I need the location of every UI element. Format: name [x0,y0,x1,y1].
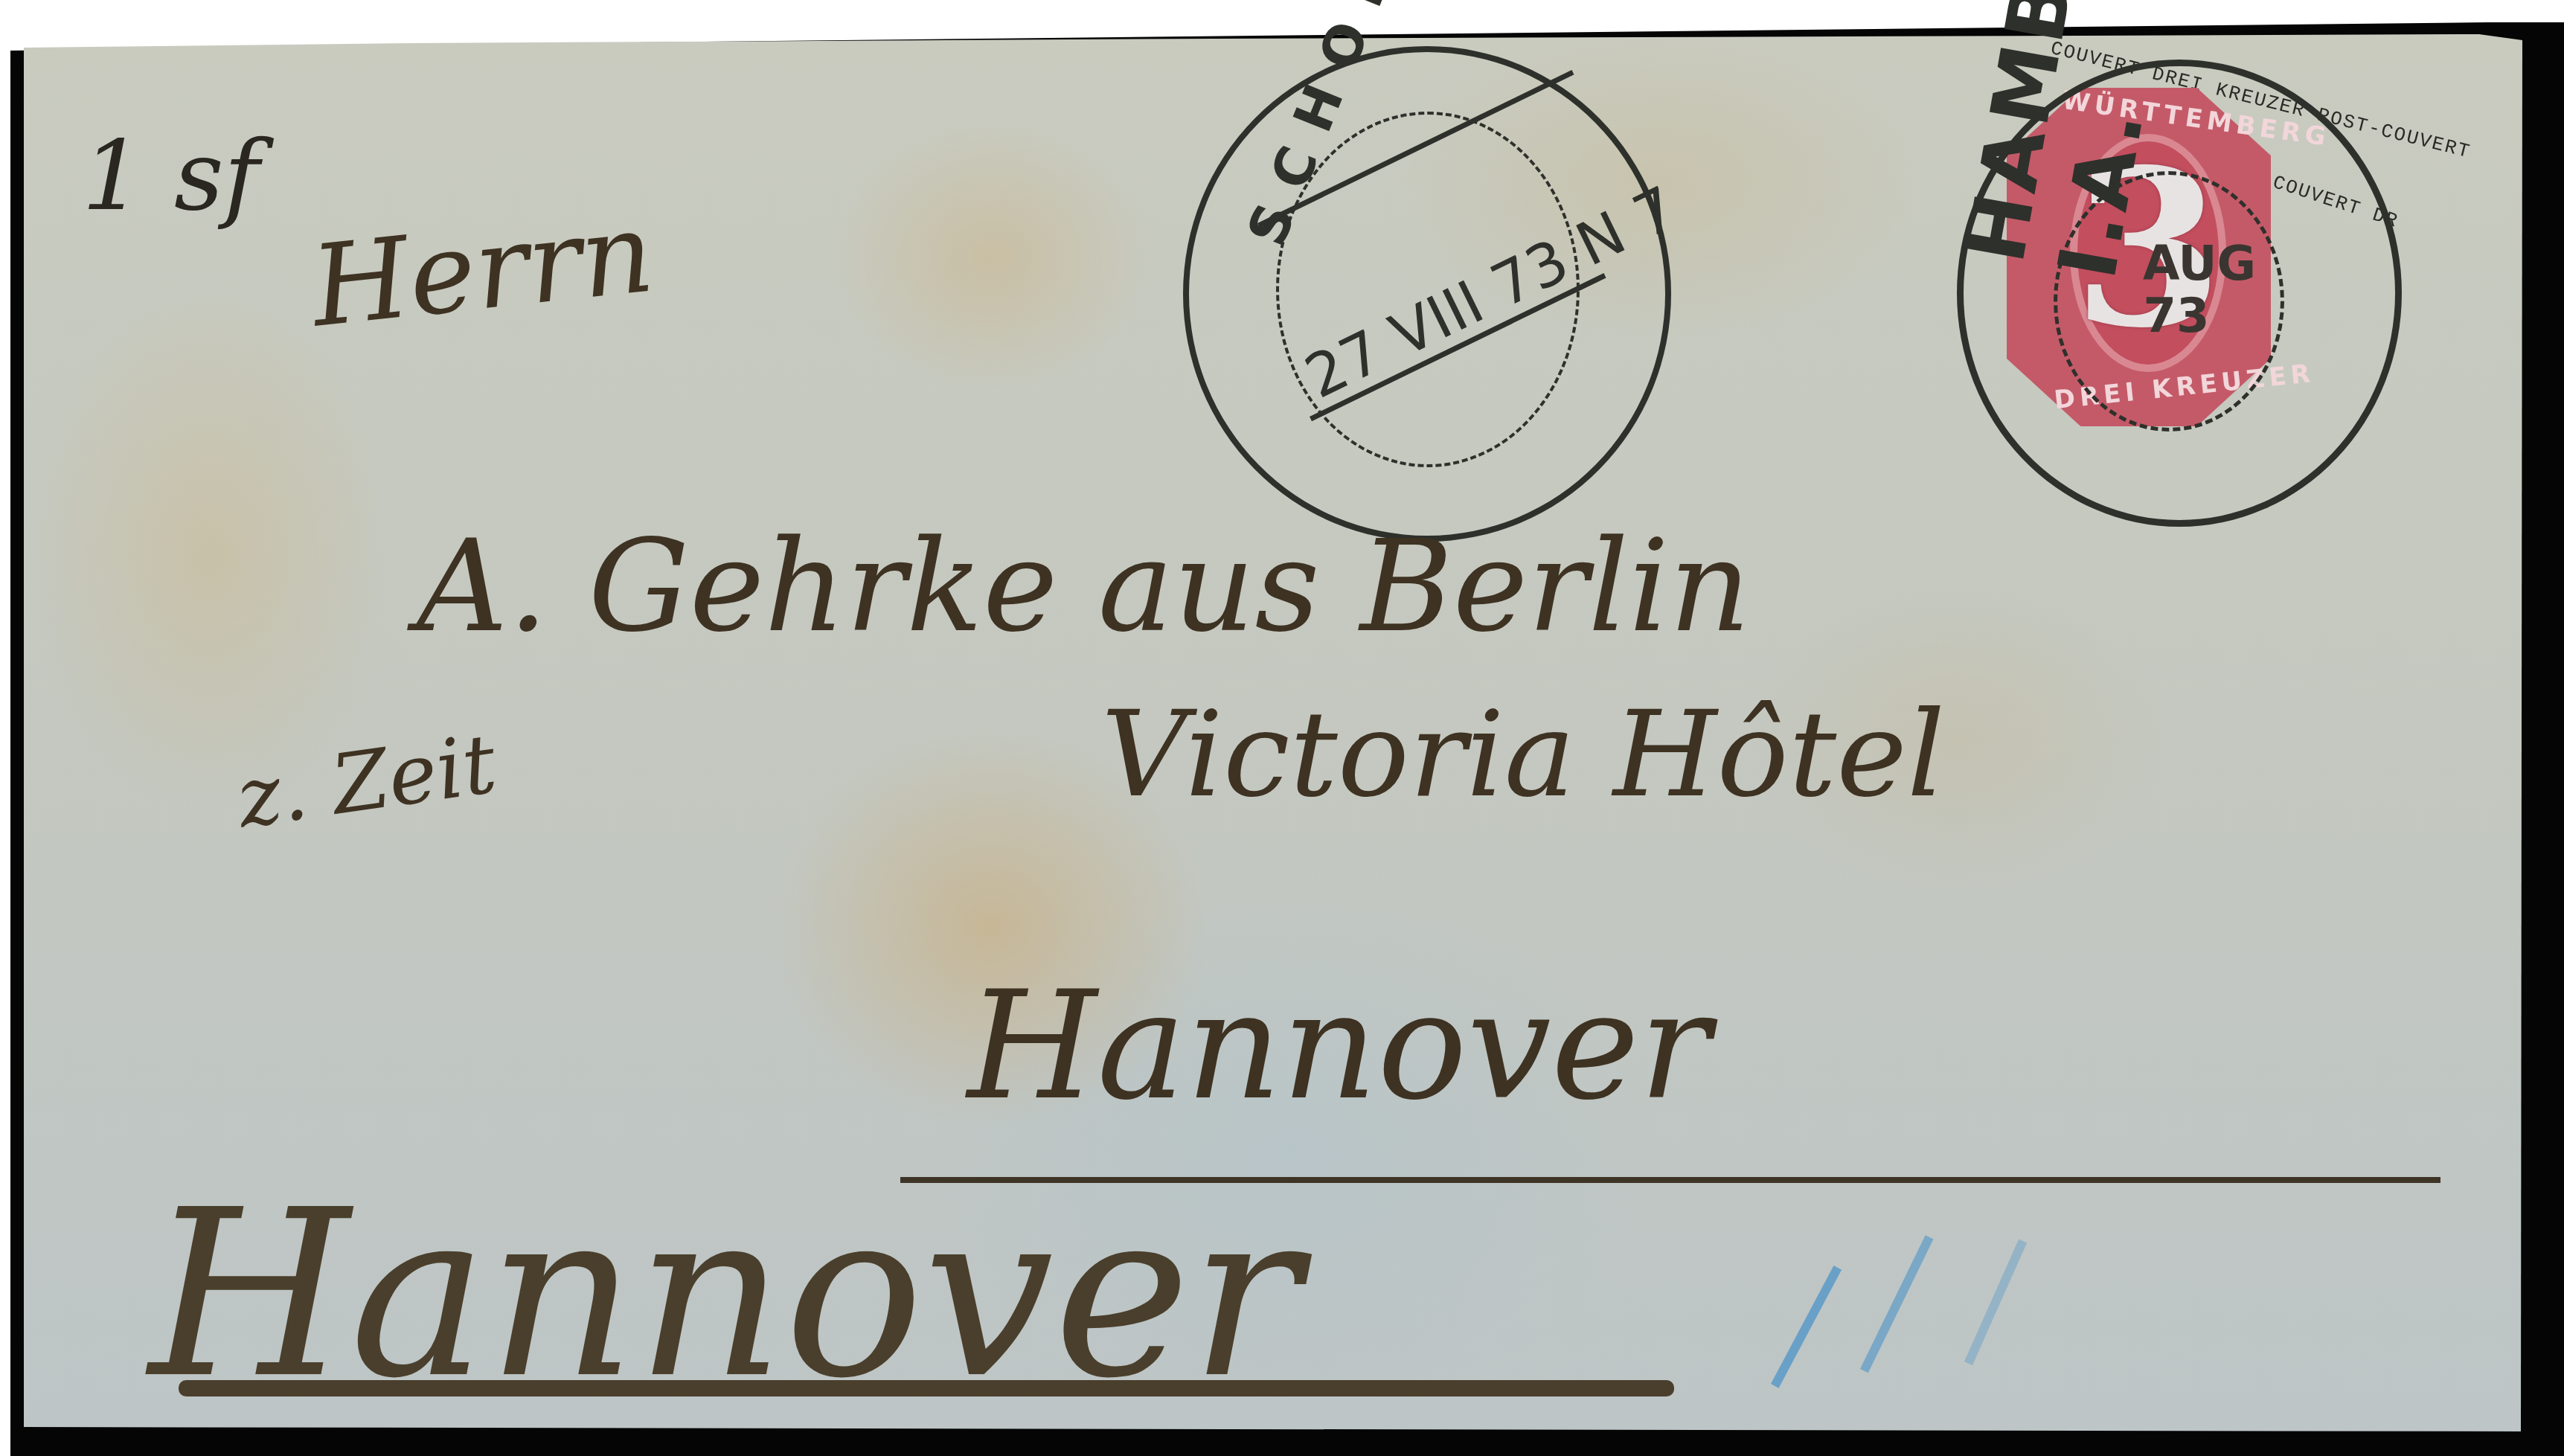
hotel-line: Victoria Hôtel [1101,684,1945,824]
corner-note: 1 sf [82,119,260,232]
hamburg-postmark-date: AUG 73 [2143,238,2210,342]
destination-underline [179,1380,1674,1396]
city-line: Hannover [967,960,1711,1133]
addressee-line: A. Gehrke aus Berlin [417,513,1751,661]
